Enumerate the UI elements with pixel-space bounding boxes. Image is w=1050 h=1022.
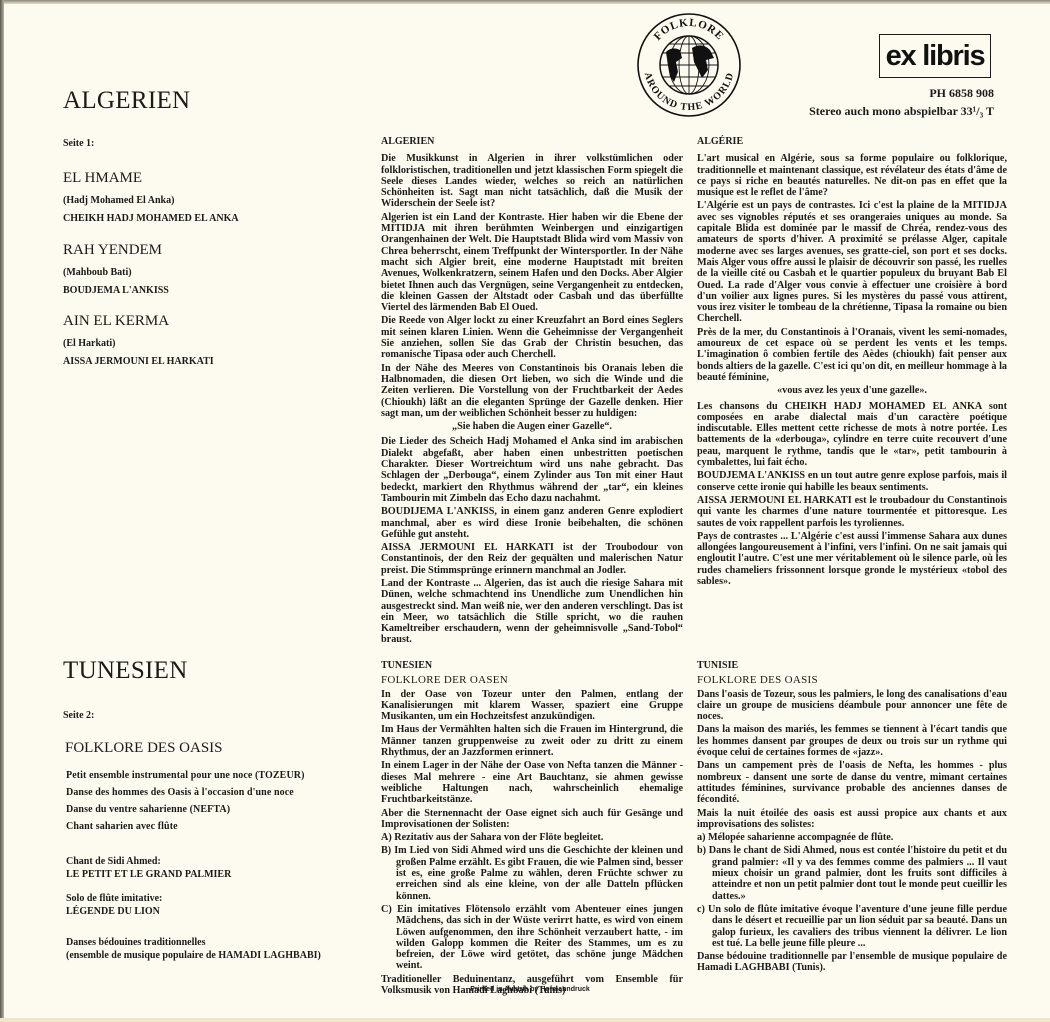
notes-paragraph: BOUDJEMA L'ANKISS en un tout autre genre… [697, 470, 1007, 493]
notes-german-tunisia: TUNESIEN FOLKLORE DER OASEN In der Oase … [381, 660, 683, 998]
side1-label: Seite 1: [63, 138, 94, 149]
track-composer: (El Harkati) [63, 338, 214, 349]
dance-ensemble: (ensemble de musique populaire de HAMADI… [66, 950, 321, 961]
track-item: Chant saharien avec flûte [66, 821, 305, 832]
notes-paragraph: Algerien ist ein Land der Kontraste. Hie… [381, 212, 683, 314]
notes-paragraph: L'Algérie est un pays de contrastes. Ici… [697, 200, 1007, 324]
side1-track-2: RAH YENDEM (Mahboub Bati) BOUDJEMA L'ANK… [63, 242, 169, 296]
notes-heading: ALGÉRIE [697, 136, 1007, 147]
song-title: LE PETIT ET LE GRAND PALMIER [66, 869, 231, 880]
notes-list-item: c) Un solo de flûte imitative évoque l'a… [697, 904, 1007, 949]
notes-paragraph: Dans la maison des mariés, les femmes se… [697, 724, 1007, 758]
notes-list-item: A) Rezitativ aus der Sahara von der Flöt… [381, 832, 683, 843]
side2-song-1: Chant de Sidi Ahmed: LE PETIT ET LE GRAN… [66, 856, 231, 880]
track-title: EL HMAME [63, 170, 239, 187]
side2-country-title: TUNESIEN [63, 657, 188, 685]
song-title: LÉGENDE DU LION [66, 906, 162, 917]
track-item: Danse du ventre saharienne (NEFTA) [66, 804, 305, 815]
notes-paragraph: L'art musical en Algérie, sous sa forme … [697, 153, 1007, 198]
side1-track-3: AIN EL KERMA (El Harkati) AISSA JERMOUNI… [63, 313, 214, 367]
track-title: AIN EL KERMA [63, 313, 214, 330]
catalog-number: PH 6858 908 [860, 86, 994, 101]
folklore-around-the-world-emblem: FOLKLORE AROUND THE WORLD [636, 12, 742, 118]
track-performer: BOUDJEMA L'ANKISS [63, 285, 169, 296]
dance-label: Danses bédouines traditionnelles [66, 937, 321, 948]
notes-list-item: C) Ein imitatives Flötensolo erzählt vom… [381, 904, 683, 972]
track-composer: (Hadj Mohamed El Anka) [63, 195, 239, 206]
format-note: Stereo auch mono abspielbar 33¹/₃ T [760, 104, 994, 119]
notes-paragraph: Die Reede von Alger lockt zu einer Kreuz… [381, 315, 683, 360]
notes-heading: ALGERIEN [381, 136, 683, 147]
side2-label: Seite 2: [63, 710, 94, 721]
track-item: Danse des hommes des Oasis à l'occasion … [66, 787, 305, 798]
side1-country-title: ALGERIEN [63, 87, 190, 115]
notes-paragraph: Die Musikkunst in Algerien in ihrer volk… [381, 153, 683, 209]
notes-list-item: b) Dans le chant de Sidi Ahmed, nous est… [697, 845, 1007, 901]
notes-quote: «vous avez les yeux d'une gazelle». [697, 385, 1007, 396]
notes-paragraph: Pays de contrastes ... L'Algérie c'est a… [697, 531, 1007, 587]
notes-paragraph: Im Haus der Vermählten halten sich die F… [381, 724, 683, 758]
notes-paragraph: In der Nähe des Meeres von Constantinois… [381, 363, 683, 419]
ex-libris-logo: ex libris [879, 34, 991, 78]
notes-paragraph: In einem Lager in der Nähe der Oase von … [381, 760, 683, 805]
notes-paragraph: BOUDIJEMA L'ANKISS, in einem ganz andere… [381, 506, 683, 540]
track-title: RAH YENDEM [63, 242, 169, 259]
notes-paragraph: Land der Kontraste ... Algerien, das ist… [381, 578, 683, 646]
notes-list-item: a) Mélopée saharienne accompagnée de flû… [697, 832, 1007, 843]
notes-subheading: FOLKLORE DES OASIS [697, 675, 1007, 686]
notes-paragraph: Dans l'oasis de Tozeur, sous les palmier… [697, 689, 1007, 723]
notes-paragraph: Les chansons du CHEIKH HADJ MOHAMED EL A… [697, 401, 1007, 469]
notes-german-algeria: ALGERIEN Die Musikkunst in Algerien in i… [381, 136, 683, 648]
side2-album-title: FOLKLORE DES OASIS [65, 740, 223, 757]
notes-subheading: FOLKLORE DER OASEN [381, 675, 683, 686]
notes-paragraph: Près de la mer, du Constantinois à l'Ora… [697, 327, 1007, 383]
notes-quote: „Sie haben die Augen einer Gazelle“. [381, 421, 683, 432]
printer-credit: Printed in Austria by Hofmanndruck [380, 986, 680, 993]
cover-top-edge [0, 0, 1050, 4]
cover-bottom-edge [0, 1018, 1050, 1022]
track-item: Petit ensemble instrumental pour une noc… [66, 770, 305, 781]
logo-text: ex libris [886, 40, 985, 73]
track-composer: (Mahboub Bati) [63, 267, 169, 278]
notes-paragraph: AISSA JERMOUNI EL HARKATI ist der Troubo… [381, 542, 683, 576]
notes-paragraph: In der Oase von Tozeur unter den Palmen,… [381, 689, 683, 723]
notes-paragraph: Aber die Sternennacht der Oase eignet si… [381, 808, 683, 831]
side2-song-2: Solo de flûte imitative: LÉGENDE DU LION [66, 893, 162, 917]
song-label: Chant de Sidi Ahmed: [66, 856, 231, 867]
globe-icon: FOLKLORE AROUND THE WORLD [636, 12, 742, 118]
notes-list-item: B) Im Lied von Sidi Ahmed wird uns die G… [381, 845, 683, 901]
notes-french-algeria: ALGÉRIE L'art musical en Algérie, sous s… [697, 136, 1007, 589]
cover-left-edge [0, 0, 4, 1022]
track-performer: AISSA JERMOUNI EL HARKATI [63, 356, 214, 367]
side2-dance: Danses bédouines traditionnelles (ensemb… [66, 937, 321, 961]
track-performer: CHEIKH HADJ MOHAMED EL ANKA [63, 213, 239, 224]
notes-paragraph: AISSA JERMOUNI EL HARKATI est le troubad… [697, 495, 1007, 529]
side2-track-list: Petit ensemble instrumental pour une noc… [66, 770, 305, 838]
notes-paragraph: Die Lieder des Scheich Hadj Mohamed el A… [381, 436, 683, 504]
notes-heading: TUNESIEN [381, 660, 683, 671]
song-label: Solo de flûte imitative: [66, 893, 162, 904]
notes-heading: TUNISIE [697, 660, 1007, 671]
side1-track-1: EL HMAME (Hadj Mohamed El Anka) CHEIKH H… [63, 170, 239, 224]
notes-paragraph: Mais la nuit étoilée des oasis est aussi… [697, 808, 1007, 831]
notes-paragraph: Danse bédouine traditionnelle par l'ense… [697, 951, 1007, 974]
notes-paragraph: Dans un campement près de l'oasis de Nef… [697, 760, 1007, 805]
notes-french-tunisia: TUNISIE FOLKLORE DES OASIS Dans l'oasis … [697, 660, 1007, 976]
